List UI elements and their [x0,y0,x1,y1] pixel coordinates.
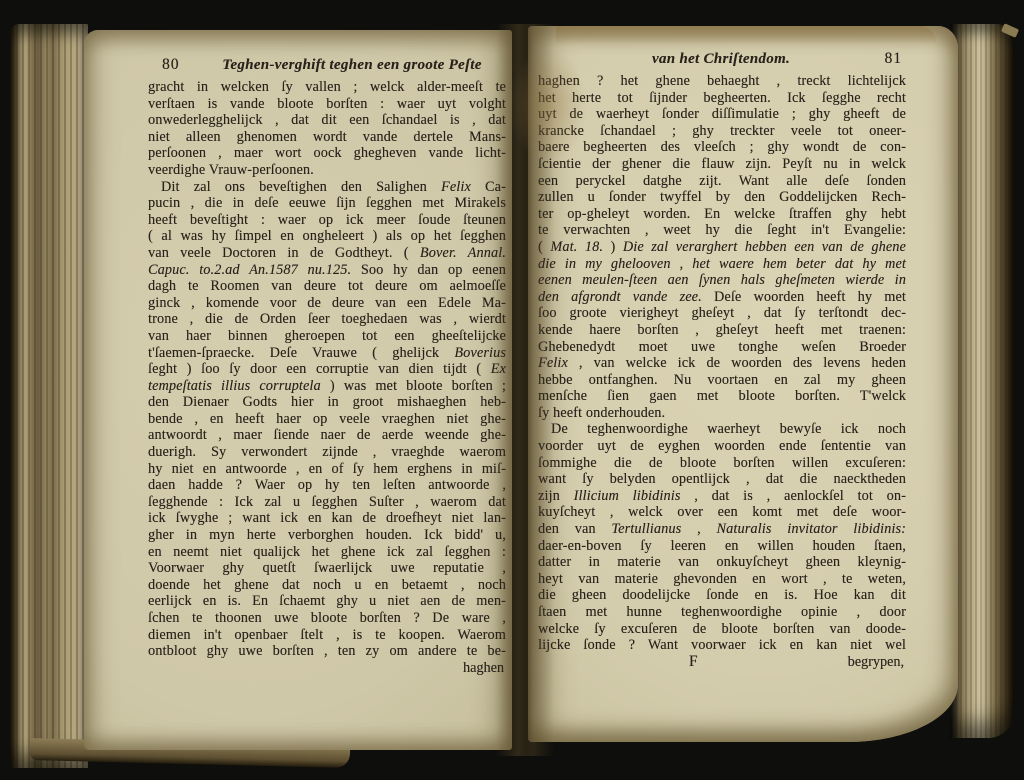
text-segment: lijcke ſonde ? Want voorwaer ick en kan … [538,637,906,653]
left-running-title: Teghen-verghift teghen een groote Peſte [198,57,506,74]
text-line: ſcientie der ghener die flauw zijn. Peyſ… [538,156,906,173]
right-page-text: van het Chriſtendom. 81 haghen ? het ghe… [538,50,906,670]
text-line: ter op-gheleyt worden. En welcke ſtraffe… [538,206,906,223]
text-line: antwoordt , maer ſiende naer de aerde we… [148,427,506,444]
text-segment: hebbe ontfanghen. Nu voortaen en zal my … [538,372,906,388]
text-line: kende haere borſten , gheſeyt heeft met … [538,322,906,339]
text-segment: ſoo groote vierigheyt gheſeyt , dat ſy t… [538,305,906,321]
text-line: ſoo groote vierigheyt gheſeyt , dat ſy t… [538,305,906,322]
text-line: voorder uyt de eyghen woorden ende ſente… [538,438,906,455]
right-page: van het Chriſtendom. 81 haghen ? het ghe… [528,26,958,742]
text-line: welcke ſy excuſeren de bloote borſten va… [538,621,906,638]
text-segment-italic: eenen meulen-ſteen aen ſynen hals gheſme… [538,272,906,288]
text-line: eerlijck en is. En ſchaemt ghy u niet ae… [148,593,506,610]
text-segment: Soo hy dan op eenen [351,262,506,278]
text-segment-italic: Mat. 18. [550,239,603,255]
text-segment-italic: die in my ghelooven , het waere hem bete… [538,256,906,272]
text-segment-italic: tempeſtatis illius corruptela [148,378,321,394]
text-segment: t'ſaemen-ſpraecke. Deſe Vrauwe ( ghelijc… [148,345,454,361]
right-page-header: van het Chriſtendom. 81 [538,50,906,70]
left-page-header: 80 Teghen-verghift teghen een groote Peſ… [148,56,506,76]
text-segment: ginck , komende voor de deure van een Ed… [148,295,506,311]
text-segment: kuyſcheyt , welck over een komt met deſe… [538,504,906,520]
text-line: ſchen te thoonen uwe bloote borſten ? De… [148,610,506,627]
left-page-number: 80 [148,56,198,74]
page-edges-left [10,24,88,768]
text-line: datter in materie van onkuyſcheyt gheen … [538,554,906,571]
text-line: ſy heeft onderhouden. [538,405,906,422]
text-line: t'ſaemen-ſpraecke. Deſe Vrauwe ( ghelijc… [148,345,506,362]
text-line: krancke ſchandael ; ghy treckter veele t… [538,123,906,140]
text-line: ontbloot ghy uwe borſten , ten zy om and… [148,643,506,660]
text-segment: trone , die de Orden ſeer toeghedaen was… [148,311,506,327]
text-line: daer-en-boven ſy leeren en willen houden… [538,538,906,555]
text-segment: dagh te Roomen van deure tot deure om ae… [148,278,506,294]
left-page-text: 80 Teghen-verghift teghen een groote Peſ… [148,56,506,676]
left-page-catchword: haghen [148,660,506,677]
text-segment: niet alleen ghenomen wordt vande dertele… [148,129,506,145]
right-page-text-lines: haghen ? het ghene behaeght , treckt lic… [538,73,906,654]
text-segment: het herte tot ſijnder begheerten. Ick ſe… [538,90,906,106]
text-line: veerdighe Vrauw-perſoonen. [148,162,506,179]
text-line: Felix , van welcke ick de woorden des le… [538,355,906,372]
text-segment: onwederlegghelijck , dat dit een ſchanda… [148,112,506,128]
text-segment: welcke ſy excuſeren de bloote borſten va… [538,621,906,637]
text-segment-italic: Bover. Annal. [420,245,506,261]
text-line: heyt van materie ghevonden en wort , te … [538,571,906,588]
text-segment: gracht in welcken ſy vallen ; welck alde… [148,79,506,95]
text-line: tempeſtatis illius corruptela ) was met … [148,378,506,395]
text-line: ſommighe die de bloote borſten willen ex… [538,455,906,472]
text-segment: voorder uyt de eyghen woorden ende ſente… [538,438,906,454]
text-line: haghen ? het ghene behaeght , treckt lic… [538,73,906,90]
text-segment: daen hadde ? Waer op hy ten leſten antwo… [148,477,506,493]
text-segment: want ſy belyden opentlijck , dat die nae… [538,471,906,487]
text-line: pucin , die in deſe eeuwe ſijn ſegghen m… [148,195,506,212]
gutter-stain [508,48,588,163]
text-line: want ſy belyden opentlijck , dat die nae… [538,471,906,488]
text-segment: ſeght ) ſoo ſy door een corruptie van di… [148,361,491,377]
text-segment-italic: Die zal verarghert hebben een van de ghe… [623,239,906,255]
text-segment-italic: Felix [441,179,471,195]
text-segment: perſoonen , maer wort oock ghegheven van… [148,145,506,161]
text-line: De teghenwoordighe waerheyt bewyſe ick n… [538,421,906,438]
text-line: lijcke ſonde ? Want voorwaer ick en kan … [538,637,906,654]
text-segment: veerdighe Vrauw-perſoonen. [148,162,314,178]
text-line: hy niet en antwoorde , en of ſy hem ergh… [148,461,506,478]
text-line: ick ſwyghe ; want ick en kan de droefhey… [148,510,506,527]
text-segment: krancke ſchandael ; ghy treckter veele t… [538,123,906,139]
text-segment: Ghebenedydt moet uwe tonghe weſen Broede… [538,339,906,355]
text-line: den Dienaer Godts hier in groot mishaegh… [148,394,506,411]
left-page: 80 Teghen-verghift teghen een groote Peſ… [84,30,512,750]
left-page-text-lines: gracht in welcken ſy vallen ; welck alde… [148,79,506,660]
text-segment-italic: Naturalis invitator libidinis: [717,521,906,537]
text-segment: ſy heeft onderhouden. [538,405,665,421]
text-segment: duerigh. Sy verwondert zijnde , vraeghde… [148,444,506,460]
text-segment: zullen u ſonder twyffel by den Goddelijc… [538,189,906,205]
text-line: die in my ghelooven , het waere hem bete… [538,256,906,273]
text-line: zullen u ſonder twyffel by den Goddelijc… [538,189,906,206]
text-line: heeft beveſtight : waer op ick meer ſoud… [148,212,506,229]
text-line: ſeght ) ſoo ſy door een corruptie van di… [148,361,506,378]
right-page-catchword: begrypen, [848,654,904,671]
text-line: trone , die de Orden ſeer toeghedaen was… [148,311,506,328]
text-segment: en neemt niet qualijck het ghene ick zal… [148,544,506,560]
text-segment: Voorwaer ghy quetſt ſwaerlijck uwe reput… [148,560,506,576]
text-segment: gher in myn herte verborghen houden. Ick… [148,527,506,543]
text-segment: , [681,521,716,537]
text-segment: haghen ? het ghene behaeght , treckt lic… [538,73,906,89]
text-segment-italic: den afgrondt vande zee. [538,289,702,305]
signature-mark: F [689,654,698,671]
text-line: uyt de waerheyt ſonder diſſimulatie ; gh… [538,106,906,123]
text-line: Ghebenedydt moet uwe tonghe weſen Broede… [538,339,906,356]
text-segment: datter in materie van onkuyſcheyt gheen … [538,554,906,570]
text-line: ſegghende : Ick zal u ſegghen Suſter , w… [148,494,506,511]
text-segment: diemen in't openbaer ſtelt , is te koope… [148,627,506,643]
text-line: dagh te Roomen van deure tot deure om ae… [148,278,506,295]
text-line: ſtaen met hunne teghenwoordighe opinie ,… [538,604,906,621]
text-segment: pucin , die in deſe eeuwe ſijn ſegghen m… [148,195,506,211]
text-line: diemen in't openbaer ſtelt , is te koope… [148,627,506,644]
text-line: daen hadde ? Waer op hy ten leſten antwo… [148,477,506,494]
text-line: een peryckel datghe zijt. Want alle deſe… [538,173,906,190]
text-segment: heyt van materie ghevonden en wort , te … [538,571,906,587]
text-line: zijn Illicium libidinis , dat is , aenlo… [538,488,906,505]
text-line: menſche ſien gaen met bloote borſten. T'… [538,388,906,405]
text-line: Voorwaer ghy quetſt ſwaerlijck uwe reput… [148,560,506,577]
text-line: te verwachten , weet hy die ſeght in't E… [538,222,906,239]
text-segment: bende , en heeft haer op veele vraeghen … [148,411,506,427]
text-segment: ( al was hy ſimpel en ongheleert ) als o… [148,228,506,244]
text-line: Dit zal ons beveſtighen den Salighen Fel… [148,179,506,196]
text-line: doende het ghene dat noch u en betaemt ,… [148,577,506,594]
text-segment: antwoordt , maer ſiende naer de aerde we… [148,427,506,443]
book-photo: 80 Teghen-verghift teghen een groote Peſ… [0,0,1024,780]
text-segment: ſegghende : Ick zal u ſegghen Suſter , w… [148,494,506,510]
text-line: ( Mat. 18. ) Die zal verarghert hebben e… [538,239,906,256]
text-line: duerigh. Sy verwondert zijnde , vraeghde… [148,444,506,461]
text-segment: Dit zal ons beveſtighen den Salighen [161,179,441,195]
right-running-title: van het Chriſtendom. [582,51,860,68]
text-line: onwederlegghelijck , dat dit een ſchanda… [148,112,506,129]
text-segment: , dat is , aenlockſel tot on- [681,488,907,504]
text-line: hebbe ontfanghen. Nu voortaen en zal my … [538,372,906,389]
text-line: die gheen doodelijcke ſonde en is. Hoe k… [538,587,906,604]
text-segment: , van welcke ick de woorden des levens h… [568,355,906,371]
text-line: den afgrondt vande zee. Deſe woorden hee… [538,289,906,306]
text-line: gher in myn herte verborghen houden. Ick… [148,527,506,544]
text-segment: van haer binnen gheroepen tot een gheeſt… [148,328,506,344]
text-segment-italic: Capuc. to.2.ad An.1587 nu.125. [148,262,351,278]
text-line: bende , en heeft haer op veele vraeghen … [148,411,506,428]
text-segment: ) [603,239,623,255]
text-line: eenen meulen-ſteen aen ſynen hals gheſme… [538,272,906,289]
text-segment-italic: Illicium libidinis [574,488,681,504]
text-segment: hy niet en antwoorde , en of ſy hem ergh… [148,461,506,477]
text-segment: menſche ſien gaen met bloote borſten. T'… [538,388,906,404]
text-line: niet alleen ghenomen wordt vande dertele… [148,129,506,146]
text-segment: eerlijck en is. En ſchaemt ghy u niet ae… [148,593,506,609]
text-segment-italic: Tertullianus [611,521,681,537]
text-segment: ſommighe die de bloote borſten willen ex… [538,455,906,471]
text-line: gracht in welcken ſy vallen ; welck alde… [148,79,506,96]
text-segment: daer-en-boven ſy leeren en willen houden… [538,538,906,554]
right-page-signature-line: F begrypen, [538,654,906,671]
text-line: van haer binnen gheroepen tot een gheeſt… [148,328,506,345]
text-segment: ſtaen met hunne teghenwoordighe opinie ,… [538,604,906,620]
text-line: Capuc. to.2.ad An.1587 nu.125. Soo hy da… [148,262,506,279]
text-line: den van Tertullianus , Naturalis invitat… [538,521,906,538]
top-edge-stain [556,26,936,44]
text-line: verſtaen is vande bloote borſten : waer … [148,96,506,113]
text-line: ( al was hy ſimpel en ongheleert ) als o… [148,228,506,245]
page-edges-right [950,24,1014,738]
text-segment: ) was met bloote borſten ; [321,378,506,394]
text-segment: ick ſwyghe ; want ick en kan de droefhey… [148,510,506,526]
text-segment: den Dienaer Godts hier in groot mishaegh… [148,394,506,410]
text-line: en neemt niet qualijck het ghene ick zal… [148,544,506,561]
text-segment: ter op-gheleyt worden. En welcke ſtraffe… [538,206,906,222]
text-line: het herte tot ſijnder begheerten. Ick ſe… [538,90,906,107]
text-segment: te verwachten , weet hy die ſeght in't E… [538,222,906,238]
text-line: kuyſcheyt , welck over een komt met deſe… [538,504,906,521]
text-line: van veele Doctoren in de Godtheyt. ( Bov… [148,245,506,262]
text-segment: doende het ghene dat noch u en betaemt ,… [148,577,506,593]
text-segment: een peryckel datghe zijt. Want alle deſe… [538,173,906,189]
text-segment: baere begheerten des vleeſch ; ghy wondt… [538,139,906,155]
text-segment: van veele Doctoren in de Godtheyt. ( [148,245,420,261]
text-line: perſoonen , maer wort oock ghegheven van… [148,145,506,162]
text-segment: verſtaen is vande bloote borſten : waer … [148,96,506,112]
text-segment: die gheen doodelijcke ſonde en is. Hoe k… [538,587,906,603]
text-line: ginck , komende voor de deure van een Ed… [148,295,506,312]
text-segment: uyt de waerheyt ſonder diſſimulatie ; gh… [538,106,906,122]
text-segment: heeft beveſtight : waer op ick meer ſoud… [148,212,506,228]
text-segment: Deſe woorden heeft hy met [702,289,906,305]
text-segment: ſcientie der ghener die flauw zijn. Peyſ… [538,156,906,172]
text-segment: De teghenwoordighe waerheyt bewyſe ick n… [551,421,906,437]
text-segment: ontbloot ghy uwe borſten , ten zy om and… [148,643,506,659]
text-segment: ſchen te thoonen uwe bloote borſten ? De… [148,610,506,626]
text-line: baere begheerten des vleeſch ; ghy wondt… [538,139,906,156]
right-page-number: 81 [860,50,906,68]
text-segment: kende haere borſten , gheſeyt heeft met … [538,322,906,338]
